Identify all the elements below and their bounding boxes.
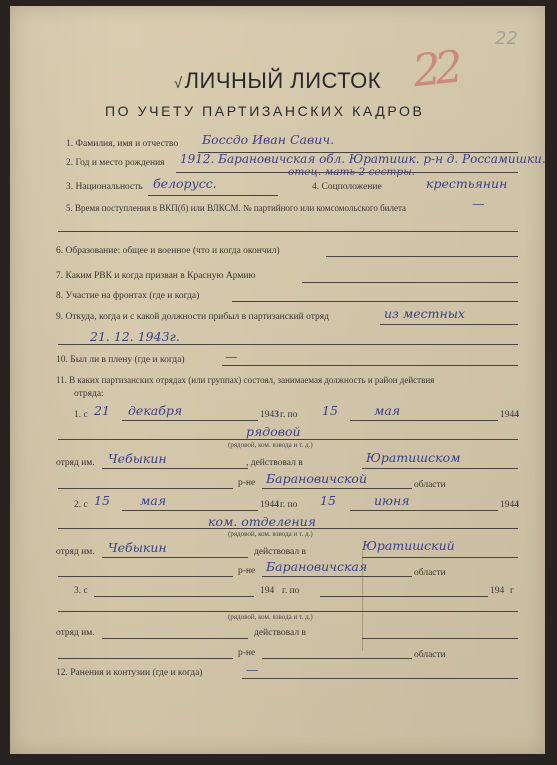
check-mark: √ xyxy=(174,75,183,92)
service-1-acted-label: , действовал в xyxy=(246,458,303,468)
field-3-line xyxy=(148,195,278,196)
service-3-detachment-label: отряд им. xyxy=(56,628,95,638)
service-1-from-day: 21 xyxy=(94,403,110,418)
field-4-label: 4. Соцположение xyxy=(312,182,382,192)
field-10-value: — xyxy=(225,349,238,364)
service-1-detachment-line xyxy=(102,468,248,469)
service-2-acted-label: действовал в xyxy=(254,547,306,557)
service-2-to-label: г. по xyxy=(280,500,297,510)
service-3-to-year: 194 xyxy=(490,586,504,596)
service-2-to-day: 15 xyxy=(320,493,336,508)
field-9-value: из местных xyxy=(384,306,465,321)
service-2-to-month: июня xyxy=(374,493,410,508)
service-1-to-month: мая xyxy=(374,403,400,418)
title-text: ЛИЧНЫЙ ЛИСТОК xyxy=(185,68,382,93)
service-1-to-year: 1944 xyxy=(500,410,519,420)
service-1-position: рядовой xyxy=(246,424,301,439)
field-3-value: белорусс. xyxy=(153,176,217,191)
page-subtitle: ПО УЧЕТУ ПАРТИЗАНСКИХ КАДРОВ xyxy=(105,103,424,119)
service-3-position-line xyxy=(58,611,518,612)
service-1-position-hint: (рядовой, ком. взвода и т. д.) xyxy=(228,441,313,449)
field-6-label: 6. Образование: общее и военное (что и к… xyxy=(56,246,280,256)
field-12-label: 12. Ранения и контузии (где и когда) xyxy=(56,668,202,678)
service-2-region: Барановичская xyxy=(266,559,367,574)
service-2-acted-line xyxy=(362,557,518,558)
service-3-from-year: 194 xyxy=(260,586,274,596)
service-3-from-line xyxy=(94,596,254,597)
field-2-value: 1912. Барановичская обл. Юратишк. р-н д.… xyxy=(180,152,546,166)
service-2-num: 2. с xyxy=(74,500,88,510)
service-2-from-year: 1944 xyxy=(260,500,279,510)
field-2-label: 2. Год и место рождения xyxy=(66,158,165,168)
field-12-line xyxy=(242,678,518,679)
field-5-value: — xyxy=(472,196,485,211)
service-3-acted-line xyxy=(362,638,518,639)
field-5-label: 5. Время поступления в ВКП(б) или ВЛКСМ.… xyxy=(66,203,406,213)
service-3-year-suffix: г xyxy=(510,586,514,596)
service-2-position-line xyxy=(58,528,518,529)
field-9-line xyxy=(380,324,518,325)
service-3-district-line xyxy=(58,658,233,659)
pencil-page-number: 22 xyxy=(495,28,518,49)
service-2-position-hint: (рядовой, ком. взвода и т. д.) xyxy=(228,530,313,538)
service-2-to-year: 1944 xyxy=(500,500,519,510)
service-1-district-line xyxy=(58,488,233,489)
service-1-region-line xyxy=(262,488,412,489)
service-1-acted-line xyxy=(362,468,518,469)
service-2-detachment-label: отряд им. xyxy=(56,547,95,557)
document-page: 22 22 √ЛИЧНЫЙ ЛИСТОК ПО УЧЕТУ ПАРТИЗАНСК… xyxy=(10,6,545,754)
service-2-from-day: 15 xyxy=(94,493,110,508)
field-9-value-line2: 21. 12. 1943г. xyxy=(90,329,180,344)
service-1-to-day: 15 xyxy=(322,403,338,418)
field-9-label: 9. Откуда, когда и с какой должности при… xyxy=(56,312,329,322)
service-3-region-label: области xyxy=(414,650,446,660)
service-2-district-label: р-не xyxy=(238,566,255,576)
field-7-label: 7. Каким РВК и когда призван в Красную А… xyxy=(56,271,256,281)
field-10-line xyxy=(222,365,518,366)
service-1-acted-in: Юратишском xyxy=(366,450,460,465)
field-7-line xyxy=(302,282,518,283)
service-1-district-label: р-не xyxy=(238,478,255,488)
service-2-region-line xyxy=(262,576,412,577)
service-2-detachment-line xyxy=(102,557,248,558)
service-3-region-line xyxy=(262,658,412,659)
field-8-line xyxy=(232,301,518,302)
service-1-region: Барановичской xyxy=(266,471,367,486)
service-2-acted-in: Юратишский xyxy=(362,538,455,553)
service-1-from-year: 1943 xyxy=(260,410,279,420)
field-4-value: крестьянин xyxy=(426,176,507,191)
field-1-label: 1. Фамилия, имя и отчество xyxy=(66,139,178,149)
service-2-region-label: области xyxy=(414,568,446,578)
page-title: √ЛИЧНЫЙ ЛИСТОК xyxy=(10,68,545,94)
service-1-detachment-label: отряд им. xyxy=(56,458,95,468)
service-2-detachment: Чебыкин xyxy=(108,540,167,555)
service-2-position: ком. отделения xyxy=(208,514,316,529)
field-6-line xyxy=(326,256,518,257)
service-3-position-hint: (рядовой, ком. взвода и т. д.) xyxy=(228,613,313,621)
field-12-value: — xyxy=(246,662,259,677)
service-1-num: 1. с xyxy=(74,410,88,420)
service-1-from-line xyxy=(122,420,258,421)
service-1-position-line xyxy=(58,439,518,440)
service-3-to-line xyxy=(320,596,488,597)
service-3-acted-label: действовал в xyxy=(254,628,306,638)
field-1-value: Боссдо Иван Савич. xyxy=(202,132,334,147)
service-2-to-line xyxy=(350,510,498,511)
service-1-detachment: Чебыкин xyxy=(108,451,167,466)
field-5-line xyxy=(58,231,518,232)
field-8-label: 8. Участие на фронтах (где и когда) xyxy=(56,291,199,301)
service-2-from-month: мая xyxy=(140,493,166,508)
field-10-label: 10. Был ли в плену (где и когда) xyxy=(56,355,185,365)
service-3-detachment-line xyxy=(102,638,248,639)
field-3-label: 3. Национальность xyxy=(66,182,143,192)
service-2-district-line xyxy=(58,576,233,577)
field-9-line2 xyxy=(58,344,518,345)
field-11-label-line2: отряда: xyxy=(74,389,104,399)
service-3-num: 3. с xyxy=(74,586,88,596)
service-3-district-label: р-не xyxy=(238,648,255,658)
service-2-from-line xyxy=(122,510,258,511)
service-1-to-line xyxy=(350,420,498,421)
field-2-value-line2: отец. мать 2 сестры. xyxy=(288,166,415,178)
field-11-label: 11. В каких партизанских отрядах (или гр… xyxy=(56,375,434,385)
service-1-region-label: области xyxy=(414,480,446,490)
service-1-from-month: декабря xyxy=(128,403,182,418)
service-3-to-label: г. по xyxy=(282,586,299,596)
service-1-to-label: г. по xyxy=(280,410,297,420)
